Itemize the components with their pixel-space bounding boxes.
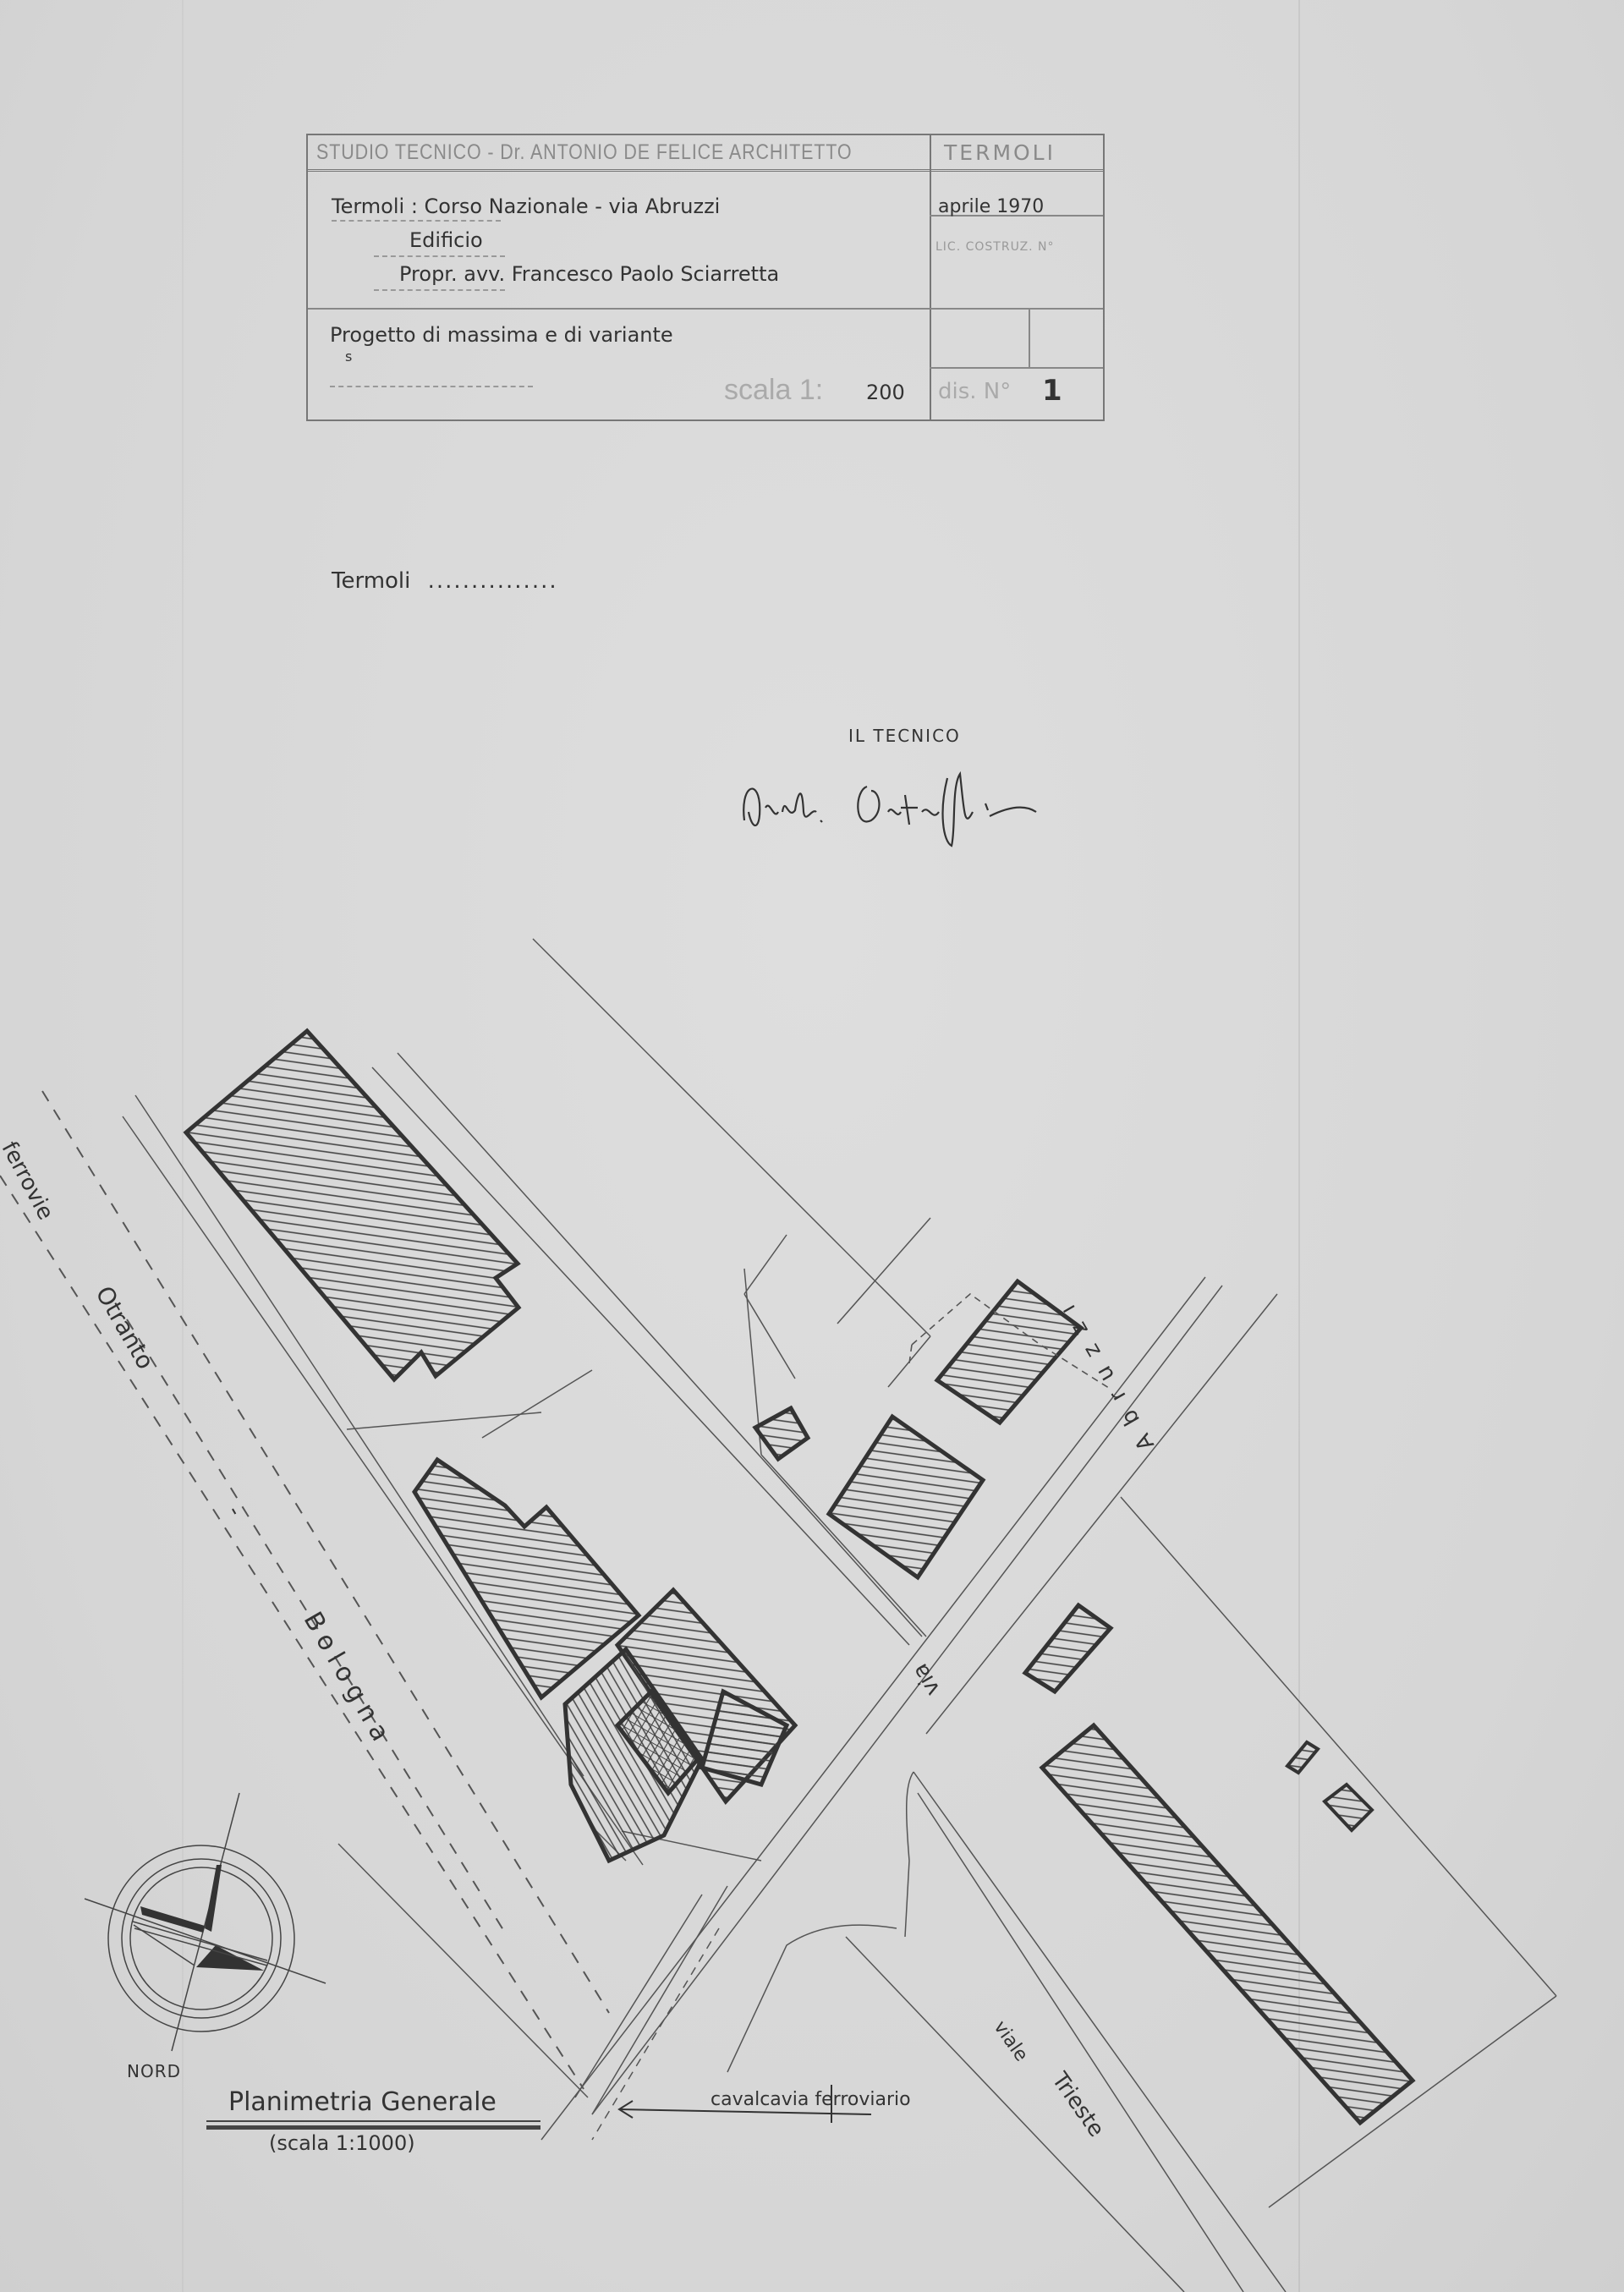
building-near-abruzzi [937, 1281, 1081, 1423]
building-central-west [414, 1460, 639, 1697]
site-plan-drawing [0, 0, 1624, 2292]
plan-scale: (scala 1:1000) [269, 2131, 415, 2155]
building-large-northwest [186, 1031, 518, 1379]
north-compass [85, 1793, 326, 2051]
buildings [186, 1031, 1413, 2123]
building-small-square [755, 1408, 808, 1459]
plan-title-underline-thick [206, 2125, 540, 2130]
building-tiny-1 [1287, 1742, 1318, 1773]
building-long-southeast [1042, 1725, 1413, 2123]
north-label: NORD [127, 2061, 181, 2081]
overpass-label: cavalcavia ferroviario [710, 2089, 911, 2110]
building-small-east [1025, 1605, 1111, 1692]
plan-title-underline [206, 2120, 540, 2122]
building-square-center [829, 1417, 983, 1577]
building-tiny-2 [1325, 1785, 1372, 1830]
plan-title: Planimetria Generale [228, 2087, 497, 2117]
